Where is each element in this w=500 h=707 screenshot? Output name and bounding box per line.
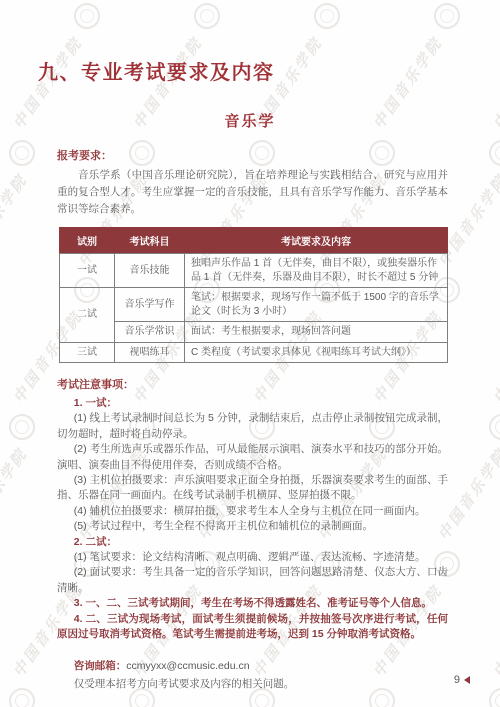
trial-cell: 三试	[60, 342, 115, 363]
content-cell: 笔试：根据要求，现场写作一篇不低于 1500 字的音乐学论文（时长为 3 小时）	[185, 288, 448, 322]
table-row: 二试 音乐学写作 笔试：根据要求，现场写作一篇不低于 1500 字的音乐学论文（…	[60, 288, 448, 322]
column-header-content: 考试要求及内容	[185, 228, 448, 254]
note-item: 4. 二、三试为现场考试，面试考生须提前候场，并按抽签号次序进行考试，任何原因过…	[57, 612, 448, 643]
page-title: 九、专业考试要求及内容	[38, 56, 500, 85]
note-item: (4) 辅机位拍摄要求：横屏拍摄，要求考生本人全身与主机位在同一画面内。	[57, 504, 448, 519]
exam-requirements-table: 试别 考试科目 考试要求及内容 一试 音乐技能 独唱声乐作品 1 首（无伴奏，曲…	[59, 227, 448, 363]
document-page: 中国音乐学院中国音乐学院中国音乐学院中国音乐学院中国音乐学院中国音乐学院中国音乐…	[0, 0, 500, 707]
note-item: 2. 二试：	[57, 535, 448, 550]
page-number: 9	[454, 674, 470, 686]
subject-cell: 音乐技能	[115, 254, 185, 288]
column-header-trial: 试别	[60, 228, 115, 254]
content-cell: 面试：考生根据要求，现场回答问题	[185, 322, 448, 343]
note-item: (2) 面试要求：考生具备一定的音乐学知识，回答问题思路清楚、仪态大方、口齿清晰…	[57, 565, 448, 596]
column-header-subject: 考试科目	[115, 228, 185, 254]
note-item: (5) 考试过程中，考生全程不得离开主机位和辅机位的录制画面。	[57, 519, 448, 534]
note-item: (2) 考生所选声乐或器乐作品，可从最能展示演唱、演奏水平和技巧的部分开始。演唱…	[57, 442, 448, 473]
requirements-heading: 报考要求：	[57, 147, 448, 163]
subject-cell: 音乐学常识	[115, 322, 185, 343]
note-item: (1) 笔试要求：论文结构清晰、观点明确、逻辑严谨、表达流畅、字迹清楚。	[57, 550, 448, 565]
notes-heading: 考试注意事项：	[57, 376, 448, 392]
page-number-value: 9	[454, 674, 460, 686]
table-row: 音乐学常识 面试：考生根据要求，现场回答问题	[60, 322, 448, 343]
page-content: 九、专业考试要求及内容 音乐学 报考要求： 音乐学系（中国音乐理论研究院），旨在…	[0, 0, 500, 707]
content-cell: C 类程度（考试要求具体见《视唱练耳考试大纲》）	[185, 342, 448, 363]
table-row: 一试 音乐技能 独唱声乐作品 1 首（无伴奏，曲目不限），或独奏器乐作品 1 首…	[60, 254, 448, 288]
notes-list: 1. 一试：(1) 线上考试录制时间总长为 5 分钟，录制结束后，点击停止录制按…	[0, 396, 500, 643]
subject-cell: 视唱练耳	[115, 342, 185, 363]
contact-email-value: ccmyyxx@ccmusic.edu.cn	[126, 660, 249, 672]
note-item: (1) 线上考试录制时间总长为 5 分钟，录制结束后，点击停止录制按钮完成录制，…	[57, 411, 448, 442]
note-item: (3) 主机位拍摄要求：声乐演唱要求正面全身拍摄，乐器演奏要求考生的面部、手指、…	[57, 473, 448, 504]
content-cell: 独唱声乐作品 1 首（无伴奏，曲目不限），或独奏器乐作品 1 首（无伴奏，乐器及…	[185, 254, 448, 288]
page-number-arrow-icon	[464, 676, 470, 684]
contact-note: 仅受理本招考方向考试要求及内容的相关问题。	[57, 676, 448, 692]
note-item: 3. 一、二、三试考试期间，考生在考场不得透露姓名、准考证号等个人信息。	[57, 596, 448, 611]
requirements-body: 音乐学系（中国音乐理论研究院），旨在培养理论与实践相结合、研究与应用并重的复合型…	[57, 167, 448, 218]
table-header-row: 试别 考试科目 考试要求及内容	[60, 228, 448, 254]
contact-line: 咨询邮箱：ccmyyxx@ccmusic.edu.cn	[57, 658, 448, 674]
trial-cell: 一试	[60, 254, 115, 288]
contact-email-label: 咨询邮箱：	[74, 660, 127, 672]
note-item: 1. 一试：	[57, 396, 448, 411]
trial-cell: 二试	[60, 288, 115, 343]
table-row: 三试 视唱练耳 C 类程度（考试要求具体见《视唱练耳考试大纲》）	[60, 342, 448, 363]
subject-cell: 音乐学写作	[115, 288, 185, 322]
section-subtitle: 音乐学	[0, 110, 500, 131]
